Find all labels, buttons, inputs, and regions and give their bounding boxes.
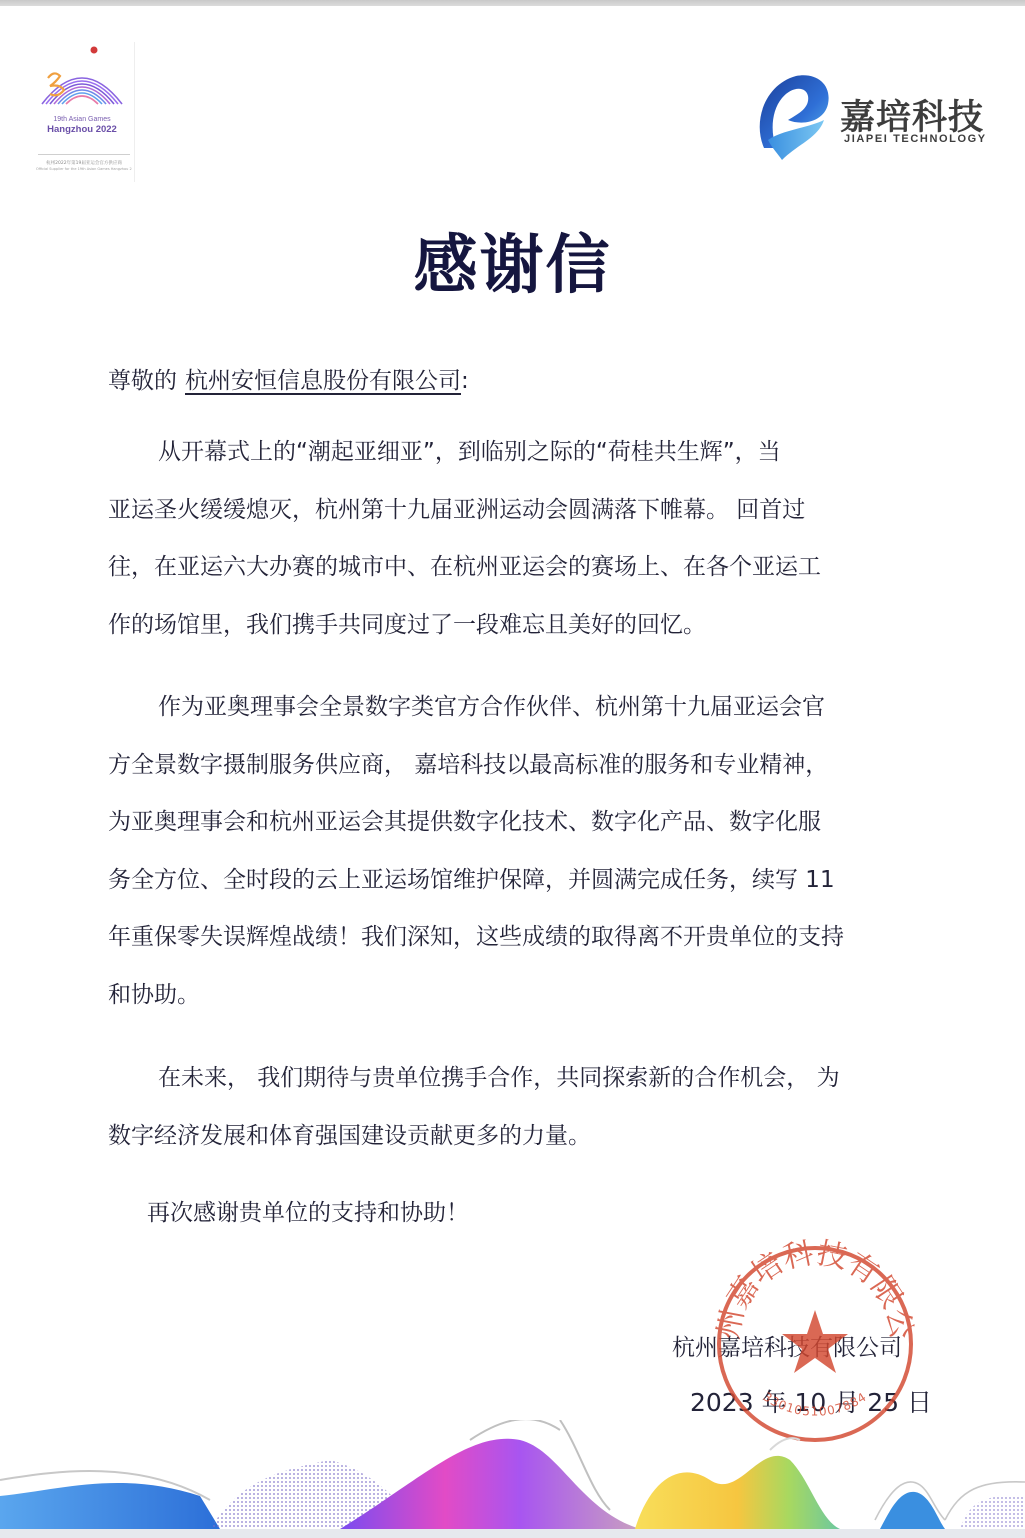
jiapei-e-swoosh-icon [752, 70, 838, 166]
paragraph-line: 从开幕式上的“潮起亚细亚”，到临别之际的“荷桂共生辉”，当 [108, 424, 913, 482]
recipient-organization: 杭州安恒信息股份有限公司 [177, 368, 461, 394]
paragraph-line: 方全景数字摄制服务供应商， 嘉培科技以最高标准的服务和专业精神， [108, 737, 913, 795]
official-supplier-cn: 杭州2022年第19届亚运会官方供应商 [36, 160, 132, 166]
logo-divider [38, 154, 130, 155]
asian-games-line2: Hangzhou 2022 [30, 124, 134, 135]
jiapei-logo: 嘉培科技 JIAPEI TECHNOLOGY [752, 70, 1014, 170]
paragraph-line: 务全方位、全时段的云上亚运场馆维护保障，并圆满完成任务，续写 11 [108, 852, 913, 910]
seal-arc-text: 杭州嘉培科技有限公司 [700, 1232, 919, 1342]
salutation-prefix: 尊敬的 [108, 368, 177, 394]
paragraph-achievements: 作为亚奥理事会全景数字类官方合作伙伴、杭州第十九届亚运会官 方全景数字摄制服务供… [108, 679, 913, 1024]
signature-date: 2023 年 10 月 25 日 [690, 1383, 932, 1419]
asian-games-emblem-icon [36, 42, 128, 116]
paragraph-line: 数字经济发展和体育强国建设贡献更多的力量。 [108, 1108, 913, 1166]
paragraph-line: 再次感谢贵单位的支持和协助！ [147, 1185, 952, 1243]
letter-title: 感谢信 [0, 214, 1025, 306]
paragraph-thanks-again: 再次感谢贵单位的支持和协助！ [147, 1185, 952, 1243]
paragraph-line: 为亚奥理事会和杭州亚运会其提供数字化技术、数字化产品、数字化服 [108, 794, 913, 852]
paragraph-line: 亚运圣火缓缓熄灭，杭州第十九届亚洲运动会圆满落下帷幕。 回首过 [108, 482, 913, 540]
asian-games-line1: 19th Asian Games [30, 116, 134, 123]
paragraph-line: 和协助。 [108, 967, 913, 1025]
paragraph-line: 往，在亚运六大办赛的城市中、在杭州亚运会的赛场上、在各个亚运工 [108, 539, 913, 597]
paragraph-line: 年重保零失误辉煌战绩！我们深知，这些成绩的取得离不开贵单位的支持 [108, 909, 913, 967]
signature-company: 杭州嘉培科技有限公司 [672, 1329, 902, 1362]
paragraph-line: 作的场馆里，我们携手共同度过了一段难忘且美好的回忆。 [108, 597, 913, 655]
top-edge-bar [0, 0, 1025, 6]
paragraph-future: 在未来， 我们期待与贵单位携手合作，共同探索新的合作机会， 为 数字经济发展和体… [108, 1050, 913, 1165]
svg-text:杭州嘉培科技有限公司: 杭州嘉培科技有限公司 [700, 1232, 919, 1342]
official-supplier-en: Official Supplier for the 19th Asian Gam… [36, 167, 132, 171]
paragraph-line: 在未来， 我们期待与贵单位携手合作，共同探索新的合作机会， 为 [108, 1050, 913, 1108]
asian-games-logo: 19th Asian Games Hangzhou 2022 杭州2022年第1… [30, 42, 135, 182]
salutation: 尊敬的杭州安恒信息股份有限公司: [108, 362, 469, 395]
paragraph-line: 作为亚奥理事会全景数字类官方合作伙伴、杭州第十九届亚运会官 [108, 679, 913, 737]
salutation-colon: : [461, 368, 469, 394]
jiapei-name-en: JIAPEI TECHNOLOGY [844, 133, 987, 145]
bottom-edge-bar [0, 1529, 1025, 1538]
paragraph-closing-ceremony: 从开幕式上的“潮起亚细亚”，到临别之际的“荷桂共生辉”，当 亚运圣火缓缓熄灭，杭… [108, 424, 913, 654]
footer-wave-decoration [0, 1420, 1025, 1529]
